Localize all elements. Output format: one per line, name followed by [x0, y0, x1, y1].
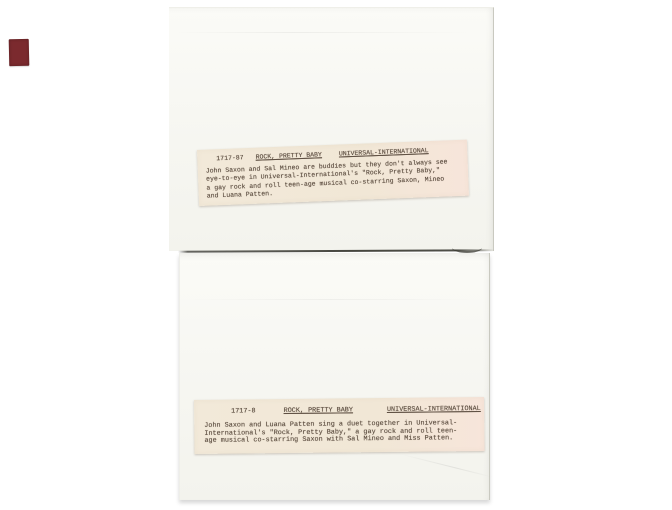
slip-header: 1717-8 ROCK, PRETTY BABY UNIVERSAL-INTER… — [194, 397, 484, 417]
photo-back-bottom: 1717-8 ROCK, PRETTY BABY UNIVERSAL-INTER… — [179, 253, 490, 500]
film-title: ROCK, PRETTY BABY — [284, 407, 353, 416]
caption-text: John Saxon and Luana Patten sing a duet … — [194, 414, 484, 446]
paper-curl — [452, 243, 482, 253]
crease-line — [399, 453, 492, 477]
crease-line — [186, 299, 476, 300]
caption-slip-top: 1717-87 ROCK, PRETTY BABY UNIVERSAL-INTE… — [197, 140, 469, 206]
red-label — [9, 39, 30, 66]
photo-code: 1717-87 — [216, 154, 244, 163]
caption-slip-bottom: 1717-8 ROCK, PRETTY BABY UNIVERSAL-INTER… — [194, 397, 485, 454]
studio-name: UNIVERSAL-INTERNATIONAL — [387, 406, 481, 415]
crease-line — [173, 32, 473, 33]
photo-back-top: 1717-87 ROCK, PRETTY BABY UNIVERSAL-INTE… — [169, 7, 494, 251]
photo-code: 1717-8 — [231, 408, 256, 416]
caption-line: age musical co-starring Saxon with Sal M… — [204, 435, 481, 446]
scene: 1717-87 ROCK, PRETTY BABY UNIVERSAL-INTE… — [0, 0, 672, 510]
